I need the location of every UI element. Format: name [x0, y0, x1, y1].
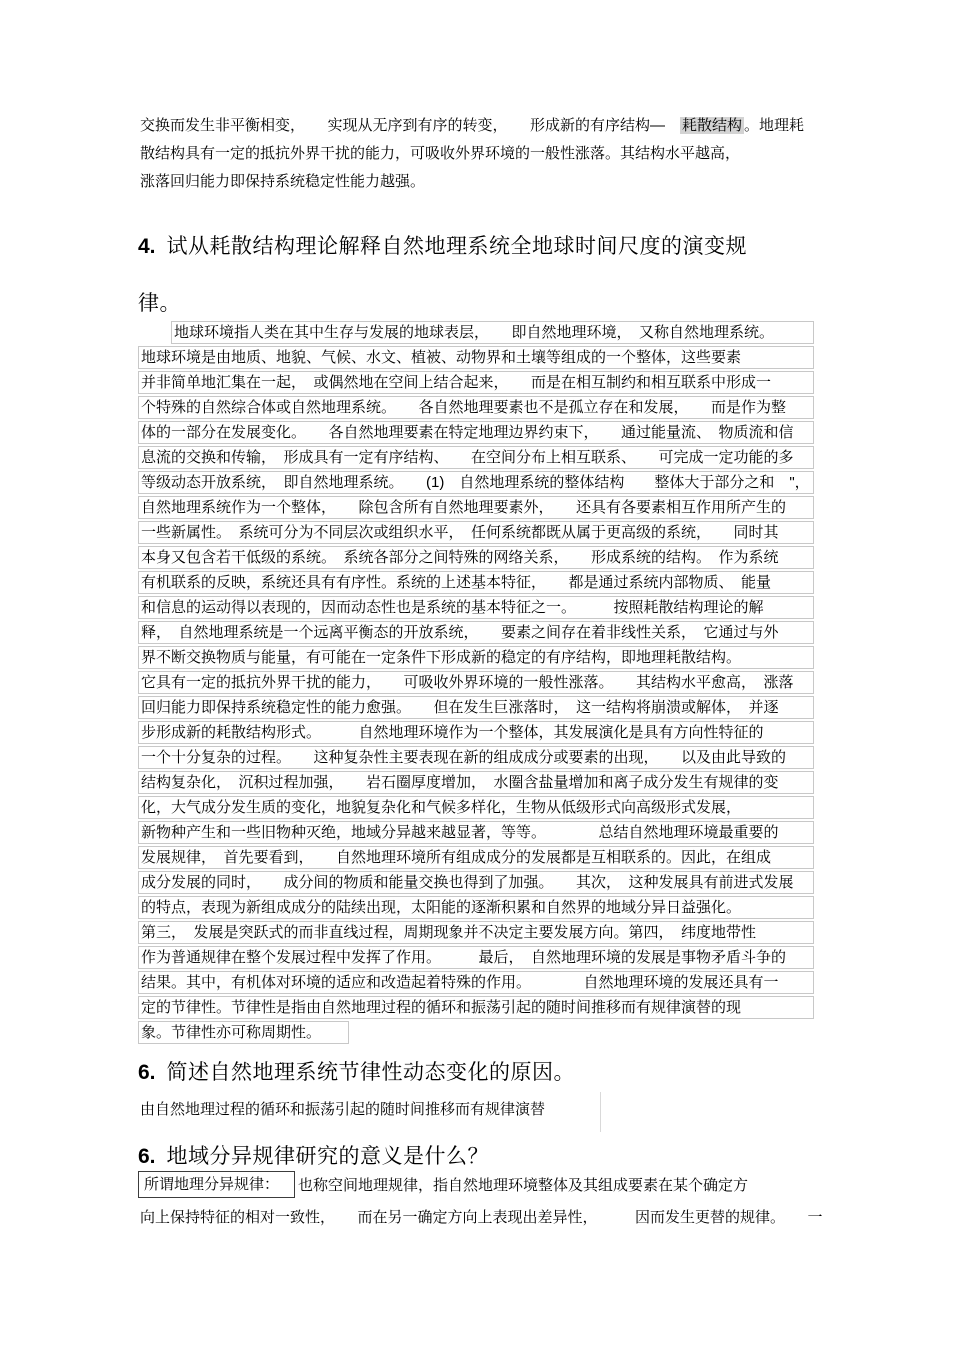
answer-line: 定的节律性。节律性是指由自然地理过程的循环和振荡引起的随时间推移而有规律演替的现	[138, 996, 814, 1019]
question-5-title: 简述自然地理系统节律性动态变化的原因。	[167, 1061, 576, 1084]
answer-line: 本身又包含若干低级的系统。 系统各部分之间特殊的网络关系， 形成系统的结构。 作…	[138, 546, 814, 569]
answer-line: 一些新属性。 系统可分为不同层次或组织水平， 任何系统都既从属于更高级的系统， …	[138, 521, 814, 544]
intro-line-3: 涨落回归能力即保持系统稳定性能力越强。	[140, 168, 870, 196]
intro-paragraph: 交换而发生非平衡相变， 实现从无序到有序的转变， 形成新的有序结构— 耗散结构。…	[140, 112, 870, 196]
answer-line: 它具有一定的抵抗外界干扰的能力， 可吸收外界环境的一般性涨落。 其结构水平愈高，…	[138, 671, 814, 694]
definition-term-box: 所谓地理分异规律：	[138, 1171, 295, 1198]
answer-line: 自然地理系统作为一个整体， 除包含所有自然地理要素外， 还具有各要素相互作用所产…	[138, 496, 814, 519]
q6-answer-line-1: 所谓地理分异规律： 也称空间地理规律，指自然地理环境整体及其组成要素在某个确定方	[138, 1171, 748, 1198]
question-4-title-line2: 律。	[138, 292, 181, 315]
q4-answer-list: 地球环境指人类在其中生存与发展的地球表层， 即自然地理环境， 又称自然地理系统。…	[138, 321, 828, 1046]
answer-line: 和信息的运动得以表现的，因而动态性也是系统的基本特征之一。 按照耗散结构理论的解	[138, 596, 814, 619]
answer-line: 体的一部分在发展变化。 各自然地理要素在特定地理边界约束下， 通过能量流、 物质…	[138, 421, 814, 444]
answer-line: 步形成新的耗散结构形式。 自然地理环境作为一个整体，其发展演化是具有方向性特征的	[138, 721, 814, 744]
answer-line: 释， 自然地理系统是一个远离平衡态的开放系统， 要素之间存在着非线性关系， 它通…	[138, 621, 814, 644]
question-6-heading: 6.地域分异规律研究的意义是什么？	[138, 1140, 489, 1170]
intro-line-2: 散结构具有一定的抵抗外界干扰的能力，可吸收外界环境的一般性涨落。其结构水平越高，	[140, 140, 870, 168]
q5-answer-text: 由自然地理过程的循环和振荡引起的随时间推移而有规律演替	[140, 1098, 545, 1119]
answer-line: 个特殊的自然综合体或自然地理系统。 各自然地理要素也不是孤立存在和发展， 而是作…	[138, 396, 814, 419]
highlighted-term: 耗散结构	[680, 117, 744, 134]
cell-border-line	[600, 1092, 601, 1132]
question-6-title: 地域分异规律研究的意义是什么？	[167, 1145, 490, 1168]
answer-line: 的特点，表现为新组成成分的陆续出现，太阳能的逐渐积累和自然界的地域分异日益强化。	[138, 896, 814, 919]
answer-line: 作为普通规律在整个发展过程中发挥了作用。 最后， 自然地理环境的发展是事物矛盾斗…	[138, 946, 814, 969]
answer-line: 结构复杂化， 沉积过程加强， 岩石圈厚度增加， 水圈含盐量增加和离子成分发生有规…	[138, 771, 814, 794]
question-5-heading: 6.简述自然地理系统节律性动态变化的原因。	[138, 1056, 575, 1086]
question-4-number: 4.	[138, 235, 156, 258]
question-5-number: 6.	[138, 1061, 156, 1084]
answer-line: 成分发展的同时， 成分间的物质和能量交换也得到了加强。 其次， 这种发展具有前进…	[138, 871, 814, 894]
answer-line: 息流的交换和传输， 形成具有一定有序结构、 在空间分布上相互联系、 可完成一定功…	[138, 446, 814, 469]
answer-line: 等级动态开放系统， 即自然地理系统。 (1) 自然地理系统的整体结构 整体大于部…	[138, 471, 814, 494]
answer-line: 一个十分复杂的过程。 这种复杂性主要表现在新的组成成分或要素的出现， 以及由此导…	[138, 746, 814, 769]
question-4-title-line1: 试从耗散结构理论解释自然地理系统全地球时间尺度的演变规	[167, 235, 748, 258]
q6-answer-line-2: 向上保持特征的相对一致性， 而在另一确定方向上表现出差异性， 因而发生更替的规律…	[140, 1206, 823, 1227]
answer-line: 新物种产生和一些旧物种灭绝，地域分异越来越显著，等等。 总结自然地理环境最重要的	[138, 821, 814, 844]
answer-line: 发展规律， 首先要看到， 自然地理环境所有组成成分的发展都是互相联系的。因此，在…	[138, 846, 814, 869]
answer-line: 地球环境指人类在其中生存与发展的地球表层， 即自然地理环境， 又称自然地理系统。	[171, 321, 814, 344]
answer-line: 地球环境是由地质、地貌、气候、水文、植被、动物界和土壤等组成的一个整体，这些要素	[138, 346, 814, 369]
answer-line: 象。节律性亦可称周期性。	[138, 1021, 349, 1044]
answer-line: 有机联系的反映，系统还具有有序性。系统的上述基本特征， 都是通过系统内部物质、 …	[138, 571, 814, 594]
intro-line-1-post: 。地理耗	[744, 117, 804, 134]
answer-line: 第三， 发展是突跃式的而非直线过程，周期现象并不决定主要发展方向。第四， 纬度地…	[138, 921, 814, 944]
answer-line: 界不断交换物质与能量，有可能在一定条件下形成新的稳定的有序结构，即地理耗散结构。	[138, 646, 814, 669]
question-4-heading: 4.试从耗散结构理论解释自然地理系统全地球时间尺度的演变规	[138, 230, 747, 260]
intro-line-1-pre: 交换而发生非平衡相变， 实现从无序到有序的转变， 形成新的有序结构—	[140, 117, 680, 134]
answer-line: 结果。其中，有机体对环境的适应和改造起着特殊的作用。 自然地理环境的发展还具有一	[138, 971, 814, 994]
document-page: { "colors": { "highlight_bg": "#d3d3d3",…	[0, 0, 956, 1353]
answer-line: 化，大气成分发生质的变化，地貌复杂化和气候多样化，生物从低级形式向高级形式发展，	[138, 796, 814, 819]
intro-line-1: 交换而发生非平衡相变， 实现从无序到有序的转变， 形成新的有序结构— 耗散结构。…	[140, 112, 870, 140]
q6-answer-line-1-rest: 也称空间地理规律，指自然地理环境整体及其组成要素在某个确定方	[298, 1174, 748, 1195]
answer-line: 回归能力即保持系统稳定性的能力愈强。 但在发生巨涨落时， 这一结构将崩溃或解体，…	[138, 696, 814, 719]
question-6-number: 6.	[138, 1145, 156, 1168]
answer-line: 并非简单地汇集在一起， 或偶然地在空间上结合起来， 而是在相互制约和相互联系中形…	[138, 371, 814, 394]
question-4-heading-line2: 律。	[138, 287, 181, 317]
